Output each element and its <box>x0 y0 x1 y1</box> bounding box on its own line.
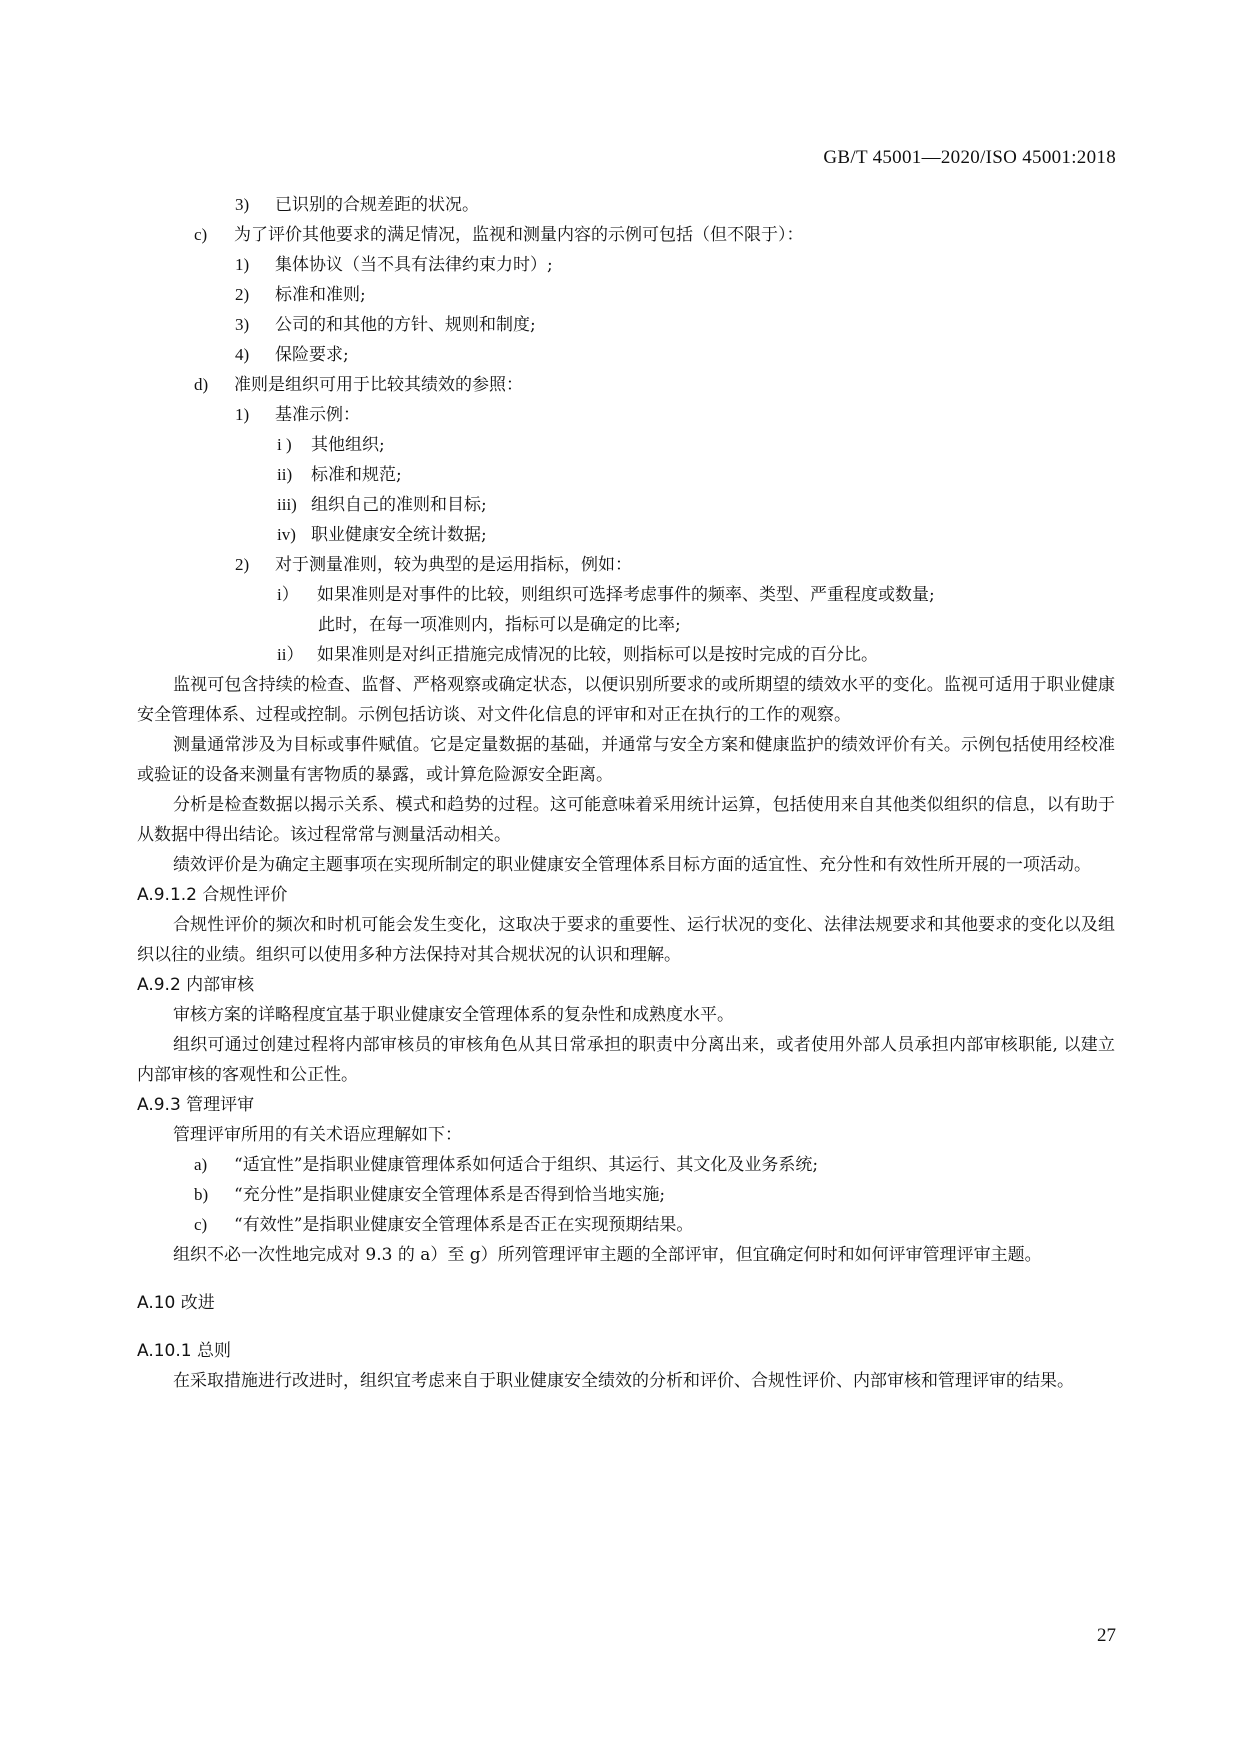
list-item-continuation: 此时，在每一项准则内，指标可以是确定的比率; <box>137 610 1115 640</box>
spacer <box>137 1270 1115 1288</box>
list-label: iv) <box>277 520 311 550</box>
list-label: iii) <box>277 490 311 520</box>
list-item: ii）如果准则是对纠正措施完成情况的比较，则指标可以是按时完成的百分比。 <box>137 640 1115 670</box>
list-label: 1) <box>235 400 275 430</box>
list-text: 标准和准则; <box>275 285 366 305</box>
list-text: “充分性”是指职业健康安全管理体系是否得到恰当地实施; <box>234 1185 665 1205</box>
section-heading: A.10.1 总则 <box>137 1336 1115 1366</box>
list-label: 1) <box>235 250 275 280</box>
list-text: 其他组织; <box>311 435 385 455</box>
list-label: 4) <box>235 340 275 370</box>
paragraph: 组织不必一次性地完成对 9.3 的 a）至 g）所列管理评审主题的全部评审，但宜… <box>137 1240 1115 1270</box>
list-text: 集体协议（当不具有法律约束力时）; <box>275 255 553 275</box>
spacer <box>137 1318 1115 1336</box>
list-item: 1)集体协议（当不具有法律约束力时）; <box>137 250 1115 280</box>
list-item: c)“有效性”是指职业健康安全管理体系是否正在实现预期结果。 <box>137 1210 1115 1240</box>
list-item: iv)职业健康安全统计数据; <box>137 520 1115 550</box>
list-text: 如果准则是对事件的比较，则组织可选择考虑事件的频率、类型、严重程度或数量; <box>317 585 935 605</box>
standard-code-header: GB/T 45001—2020/ISO 45001:2018 <box>823 147 1116 169</box>
list-label: 3) <box>235 190 275 220</box>
paragraph: 在采取措施进行改进时，组织宜考虑来自于职业健康安全绩效的分析和评价、合规性评价、… <box>137 1366 1115 1396</box>
list-label: d) <box>194 370 234 400</box>
list-label: c) <box>194 1210 234 1240</box>
list-item: 3)公司的和其他的方针、规则和制度; <box>137 310 1115 340</box>
list-label: 2) <box>235 280 275 310</box>
paragraph: 审核方案的详略程度宜基于职业健康安全管理体系的复杂性和成熟度水平。 <box>137 1000 1115 1030</box>
list-text: 此时，在每一项准则内，指标可以是确定的比率; <box>318 615 681 635</box>
list-text: “有效性”是指职业健康安全管理体系是否正在实现预期结果。 <box>234 1215 693 1235</box>
list-text: 如果准则是对纠正措施完成情况的比较，则指标可以是按时完成的百分比。 <box>317 645 878 665</box>
list-item: d)准则是组织可用于比较其绩效的参照： <box>137 370 1115 400</box>
paragraph: 组织可通过创建过程将内部审核员的审核角色从其日常承担的职责中分离出来，或者使用外… <box>137 1030 1115 1090</box>
paragraph: 管理评审所用的有关术语应理解如下： <box>137 1120 1115 1150</box>
list-label: b) <box>194 1180 234 1210</box>
paragraph: 绩效评价是为确定主题事项在实现所制定的职业健康安全管理体系目标方面的适宜性、充分… <box>137 850 1115 880</box>
list-text: 公司的和其他的方针、规则和制度; <box>275 315 536 335</box>
list-text: 标准和规范; <box>311 465 402 485</box>
list-item: 4)保险要求; <box>137 340 1115 370</box>
paragraph: 分析是检查数据以揭示关系、模式和趋势的过程。这可能意味着采用统计运算，包括使用来… <box>137 790 1115 850</box>
list-item: 2)对于测量准则，较为典型的是运用指标，例如： <box>137 550 1115 580</box>
list-text: 基准示例： <box>275 405 360 425</box>
list-label: i） <box>277 580 317 610</box>
list-text: “适宜性”是指职业健康管理体系如何适合于组织、其运行、其文化及业务系统; <box>234 1155 818 1175</box>
list-item: c)为了评价其他要求的满足情况，监视和测量内容的示例可包括（但不限于）： <box>137 220 1115 250</box>
paragraph: 监视可包含持续的检查、监督、严格观察或确定状态，以便识别所要求的或所期望的绩效水… <box>137 670 1115 730</box>
list-label: a) <box>194 1150 234 1180</box>
list-text: 保险要求; <box>275 345 349 365</box>
list-text: 对于测量准则，较为典型的是运用指标，例如： <box>275 555 632 575</box>
list-text: 为了评价其他要求的满足情况，监视和测量内容的示例可包括（但不限于）： <box>234 225 804 245</box>
list-item: i）如果准则是对事件的比较，则组织可选择考虑事件的频率、类型、严重程度或数量; <box>137 580 1115 610</box>
list-item: iii)组织自己的准则和目标; <box>137 490 1115 520</box>
list-text: 准则是组织可用于比较其绩效的参照： <box>234 375 523 395</box>
list-label: 2) <box>235 550 275 580</box>
list-item: 2)标准和准则; <box>137 280 1115 310</box>
page-content: 3)已识别的合规差距的状况。 c)为了评价其他要求的满足情况，监视和测量内容的示… <box>137 190 1115 1396</box>
section-heading: A.9.2 内部审核 <box>137 970 1115 1000</box>
list-item: 3)已识别的合规差距的状况。 <box>137 190 1115 220</box>
list-label: c) <box>194 220 234 250</box>
page-number: 27 <box>1097 1625 1116 1647</box>
list-label: i ) <box>277 430 311 460</box>
paragraph: 合规性评价的频次和时机可能会发生变化，这取决于要求的重要性、运行状况的变化、法律… <box>137 910 1115 970</box>
section-heading: A.9.3 管理评审 <box>137 1090 1115 1120</box>
list-item: 1)基准示例： <box>137 400 1115 430</box>
list-item: ii)标准和规范; <box>137 460 1115 490</box>
list-text: 已识别的合规差距的状况。 <box>275 195 479 215</box>
section-heading: A.10 改进 <box>137 1288 1115 1318</box>
list-item: b)“充分性”是指职业健康安全管理体系是否得到恰当地实施; <box>137 1180 1115 1210</box>
list-item: a)“适宜性”是指职业健康管理体系如何适合于组织、其运行、其文化及业务系统; <box>137 1150 1115 1180</box>
list-label: 3) <box>235 310 275 340</box>
paragraph: 测量通常涉及为目标或事件赋值。它是定量数据的基础，并通常与安全方案和健康监护的绩… <box>137 730 1115 790</box>
list-label: ii） <box>277 640 317 670</box>
list-text: 职业健康安全统计数据; <box>311 525 487 545</box>
list-item: i )其他组织; <box>137 430 1115 460</box>
list-text: 组织自己的准则和目标; <box>311 495 487 515</box>
section-heading: A.9.1.2 合规性评价 <box>137 880 1115 910</box>
list-label: ii) <box>277 460 311 490</box>
